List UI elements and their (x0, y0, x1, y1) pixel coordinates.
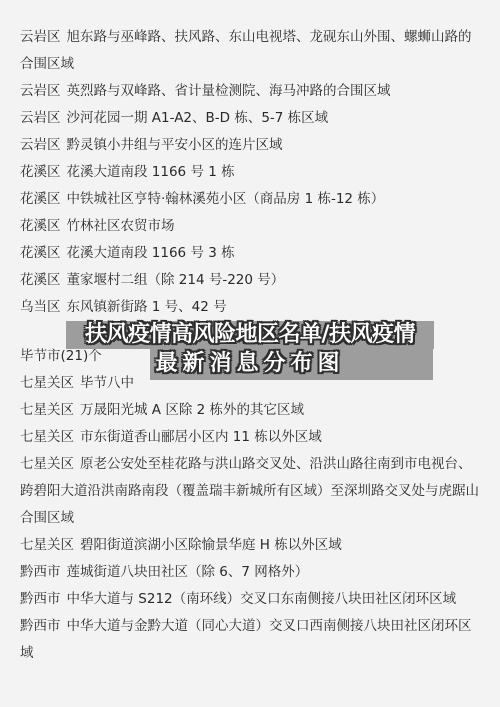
page: { "page": { "background_color": "#f3f3f3… (0, 0, 500, 707)
area-description: 碧阳街道滨湖小区除愉景华庭 H 栋以外区域 (80, 537, 342, 553)
district-label: 花溪区 (20, 245, 61, 261)
list-item: 云岩区黔灵镇小井组与平安小区的连片区域 (20, 132, 480, 159)
list-item: 七星关区原老公安处至桂花路与洪山路交叉处、沿洪山路往南到市电视台、跨碧阳大道沿洪… (20, 451, 480, 532)
area-description: 万晟阳光城 A 区除 2 栋外的其它区域 (80, 402, 304, 418)
area-description: 原老公安处至桂花路与洪山路交叉处、沿洪山路往南到市电视台、跨碧阳大道沿洪南路南段… (20, 456, 479, 526)
list-item: 云岩区沙河花园一期 A1-A2、B-D 栋、5-7 栋区域 (20, 105, 480, 132)
area-description: 东风镇新街路 1 号、42 号 (67, 299, 227, 315)
list-item: 乌当区东风镇新街路 1 号、42 号 (20, 294, 480, 321)
area-description: 董家堰村二组（除 214 号-220 号） (67, 272, 285, 288)
title-overlay: 扶风疫情高风险地区名单/扶风疫情 最新消息分布图 (66, 321, 434, 380)
area-description: 旭东路与巫峰路、扶风路、东山电视塔、龙砚东山外围、螺蛳山路的合围区域 (20, 29, 472, 72)
area-description: 花溪大道南段 1166 号 1 栋 (67, 164, 235, 180)
area-description: 中华大道与金黔大道（同心大道）交叉口西南侧接八块田社区闭环区域 (20, 618, 472, 661)
list-item: 云岩区英烈路与双峰路、省计量检测院、海马冲路的合围区域 (20, 78, 480, 105)
district-label: 花溪区 (20, 272, 61, 288)
list-item: 花溪区董家堰村二组（除 214 号-220 号） (20, 267, 480, 294)
district-label: 花溪区 (20, 218, 61, 234)
area-description: 莲城街道八块田社区（除 6、7 网格外） (67, 564, 309, 580)
area-description: 沙河花园一期 A1-A2、B-D 栋、5-7 栋区域 (67, 110, 329, 126)
list-item: 花溪区花溪大道南段 1166 号 1 栋 (20, 159, 480, 186)
district-label: 花溪区 (20, 191, 61, 207)
overlay-title-line2: 最新消息分布图 (66, 349, 434, 378)
list-item: 云岩区旭东路与巫峰路、扶风路、东山电视塔、龙砚东山外围、螺蛳山路的合围区域 (20, 24, 480, 78)
list-item: 七星关区碧阳街道滨湖小区除愉景华庭 H 栋以外区域 (20, 532, 480, 559)
area-description: 中华大道与 S212（南环线）交叉口东南侧接八块田社区闭环区域 (67, 591, 457, 607)
list-item: 黔西市中华大道与金黔大道（同心大道）交叉口西南侧接八块田社区闭环区域 (20, 613, 480, 667)
area-description: 竹林社区农贸市场 (67, 218, 175, 234)
list-item: 花溪区竹林社区农贸市场 (20, 213, 480, 240)
area-description: 黔灵镇小井组与平安小区的连片区域 (67, 137, 283, 153)
area-description: 英烈路与双峰路、省计量检测院、海马冲路的合围区域 (67, 83, 391, 99)
district-label: 花溪区 (20, 164, 61, 180)
district-label: 云岩区 (20, 83, 61, 99)
area-description: 中铁城社区亨特·翰林溪苑小区（商品房 1 栋-12 栋） (67, 191, 385, 207)
district-label: 云岩区 (20, 137, 61, 153)
district-label: 云岩区 (20, 29, 61, 45)
area-description: 花溪大道南段 1166 号 3 栋 (67, 245, 235, 261)
district-label: 云岩区 (20, 110, 61, 126)
list-item: 黔西市莲城街道八块田社区（除 6、7 网格外） (20, 559, 480, 586)
district-label: 七星关区 (20, 456, 74, 472)
area-description: 市东街道香山郦居小区内 11 栋以外区域 (80, 429, 322, 445)
district-label: 黔西市 (20, 564, 61, 580)
district-label: 七星关区 (20, 429, 74, 445)
district-label: 七星关区 (20, 537, 74, 553)
list-item: 花溪区花溪大道南段 1166 号 3 栋 (20, 240, 480, 267)
list-item: 黔西市中华大道与 S212（南环线）交叉口东南侧接八块田社区闭环区域 (20, 586, 480, 613)
district-label: 黔西市 (20, 618, 61, 634)
list-item: 七星关区万晟阳光城 A 区除 2 栋外的其它区域 (20, 397, 480, 424)
district-label: 七星关区 (20, 402, 74, 418)
list-item: 花溪区中铁城社区亨特·翰林溪苑小区（商品房 1 栋-12 栋） (20, 186, 480, 213)
list-item: 七星关区市东街道香山郦居小区内 11 栋以外区域 (20, 424, 480, 451)
district-label: 乌当区 (20, 299, 61, 315)
overlay-title-line1: 扶风疫情高风险地区名单/扶风疫情 (66, 320, 434, 349)
district-label: 黔西市 (20, 591, 61, 607)
